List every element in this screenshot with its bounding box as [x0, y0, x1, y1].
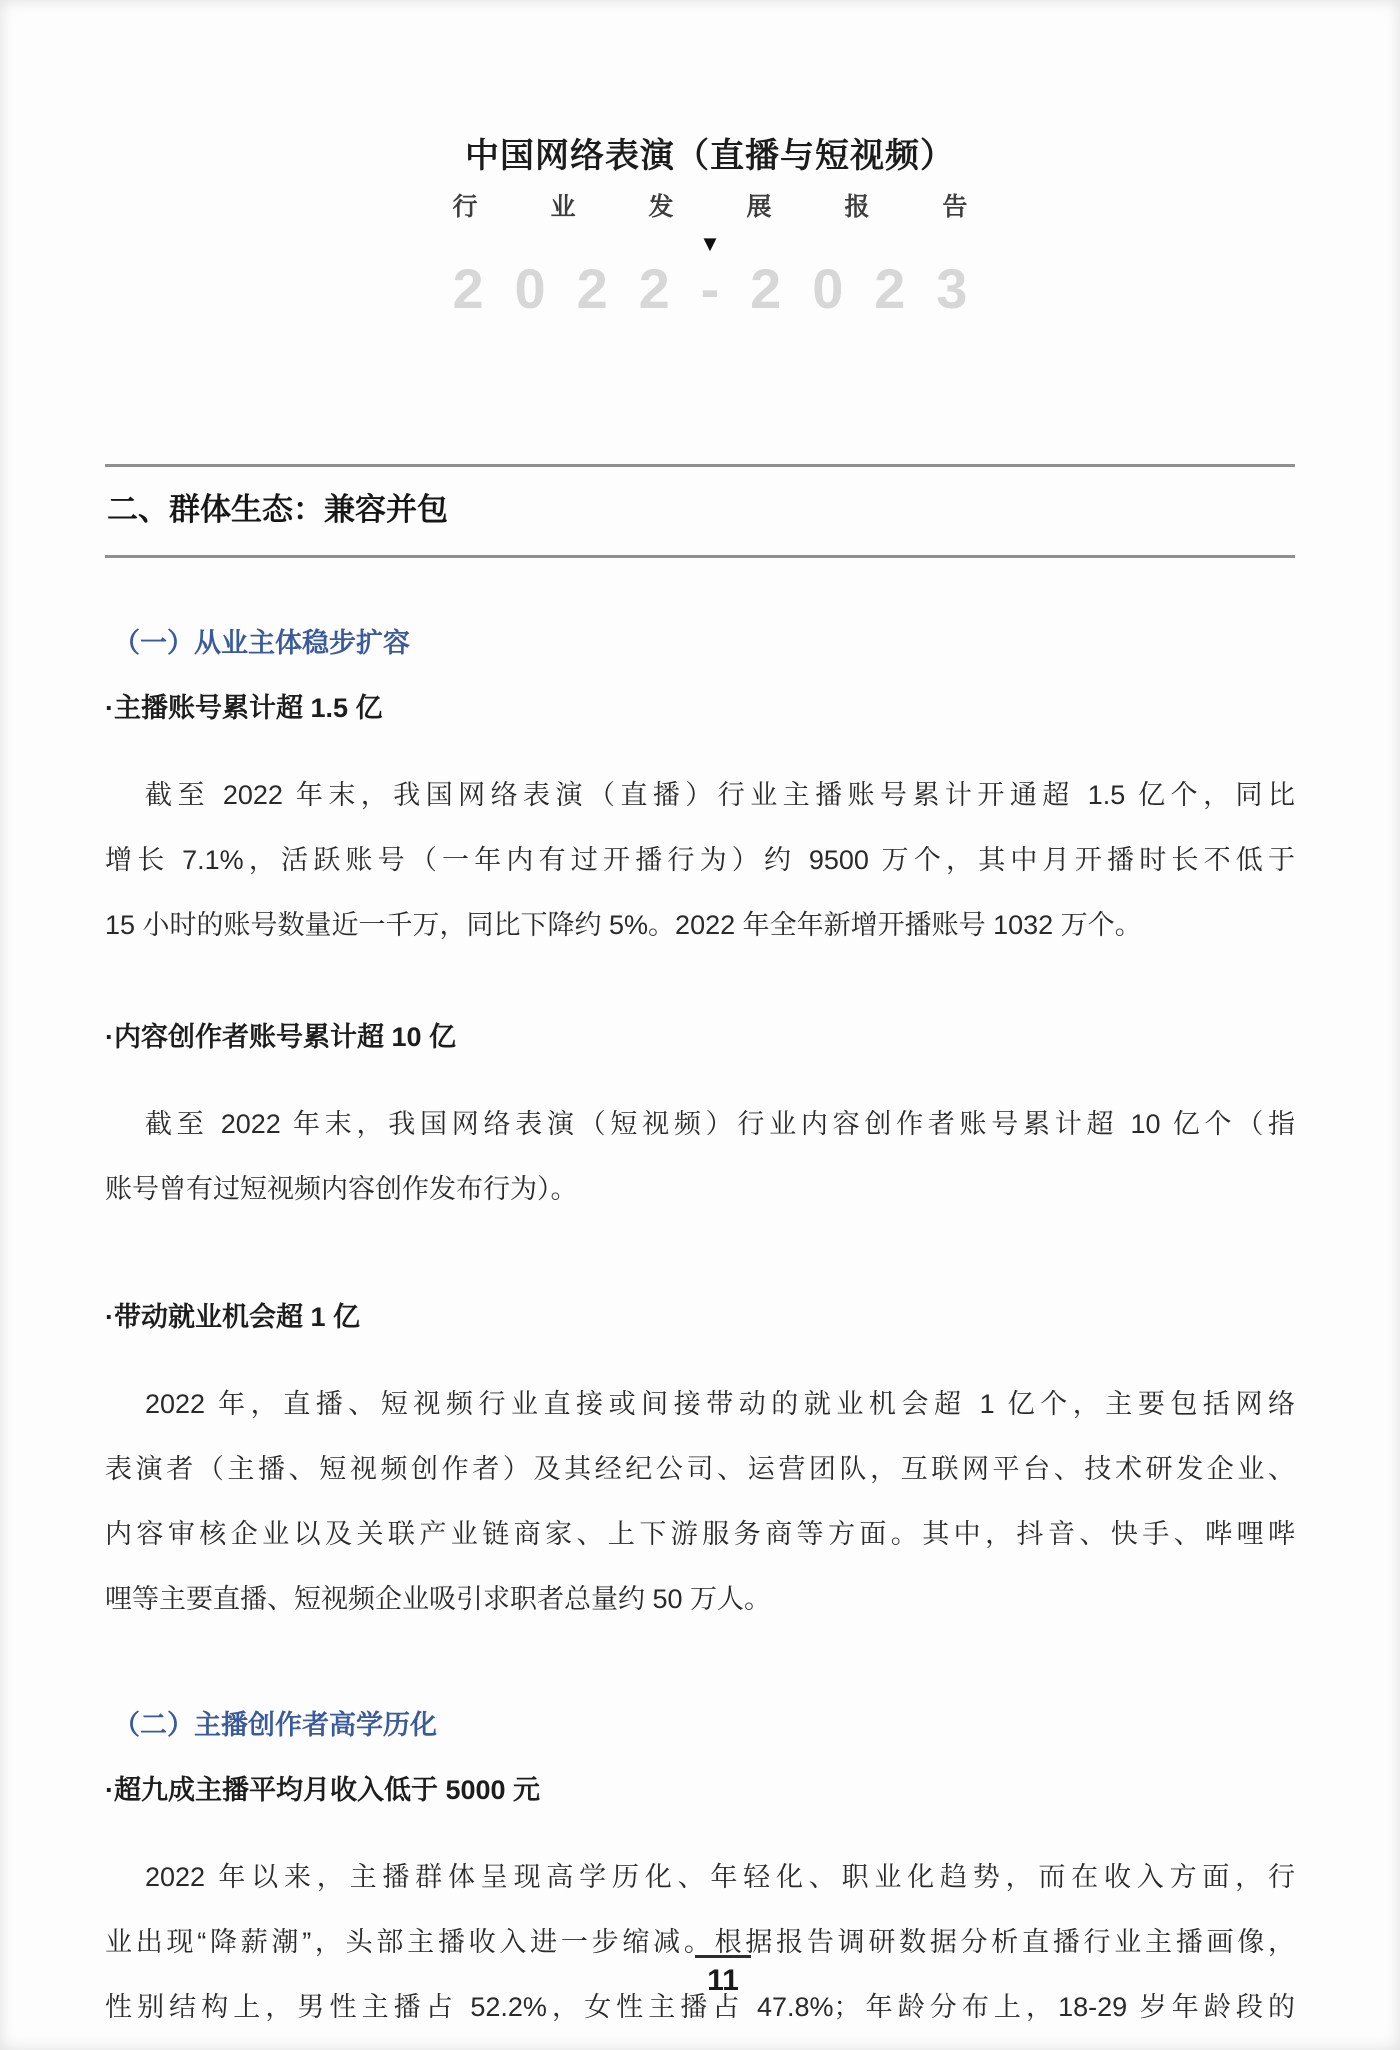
paragraph-line: 2022 年，直播、短视频行业直接或间接带动的就业机会超 1 亿个，主要包括网络 [105, 1372, 1295, 1437]
paragraph-line: 15 小时的账号数量近一千万，同比下降约 5%。2022 年全年新增开播账号 1… [105, 893, 1295, 958]
section-title: 二、群体生态：兼容并包 [107, 489, 1295, 531]
report-subtitle: 行业发展报告 [453, 190, 968, 224]
paragraph-line: 哩等主要直播、短视频企业吸引求职者总量约 50 万人。 [105, 1567, 1295, 1632]
paragraph-line: 账号曾有过短视频内容创作发布行为）。 [105, 1157, 1295, 1222]
document-page: 中国网络表演（直播与短视频） 行业发展报告 ▼ 2022-2023 二、群体生态… [0, 0, 1400, 2050]
down-triangle-icon: ▼ [453, 232, 968, 256]
paragraph-anchor-accounts: 截至 2022 年末，我国网络表演（直播）行业主播账号累计开通超 1.5 亿个，… [105, 763, 1295, 958]
subsection-heading-1: （一）从业主体稳步扩容 [113, 624, 1295, 662]
paragraph-line: 增长 7.1%，活跃账号（一年内有过开播行为）约 9500 万个，其中月开播时长… [105, 828, 1295, 893]
paragraph-line: 截至 2022 年末，我国网络表演（短视频）行业内容创作者账号累计超 10 亿个… [105, 1092, 1295, 1157]
paragraph-line: 2022 年以来，主播群体呈现高学历化、年轻化、职业化趋势，而在收入方面，行 [105, 1845, 1295, 1910]
bullet-heading-employment: ·带动就业机会超 1 亿 [105, 1298, 1295, 1336]
report-title: 中国网络表演（直播与短视频） [453, 136, 968, 176]
page-footer: 11 [695, 1955, 751, 1998]
paragraph-creator-accounts: 截至 2022 年末，我国网络表演（短视频）行业内容创作者账号累计超 10 亿个… [105, 1092, 1295, 1222]
report-years: 2022-2023 [453, 260, 968, 318]
report-header: 中国网络表演（直播与短视频） 行业发展报告 ▼ 2022-2023 [453, 0, 968, 318]
page-number: 11 [695, 1964, 751, 1998]
paragraph-line: 截至 2022 年末，我国网络表演（直播）行业主播账号累计开通超 1.5 亿个，… [105, 763, 1295, 828]
paragraph-line: 内容审核企业以及关联产业链商家、上下游服务商等方面。其中，抖音、快手、哔哩哔 [105, 1502, 1295, 1567]
page-content: 二、群体生态：兼容并包 （一）从业主体稳步扩容 ·主播账号累计超 1.5 亿 截… [0, 464, 1400, 2040]
paragraph-income: 2022 年以来，主播群体呈现高学历化、年轻化、职业化趋势，而在收入方面，行 业… [105, 1845, 1295, 2040]
footer-rule [695, 1955, 751, 1958]
paragraph-employment: 2022 年，直播、短视频行业直接或间接带动的就业机会超 1 亿个，主要包括网络… [105, 1372, 1295, 1632]
bullet-heading-creator-accounts: ·内容创作者账号累计超 10 亿 [105, 1018, 1295, 1056]
section-rule-top [105, 464, 1295, 467]
section-rule-bottom [105, 555, 1295, 558]
paragraph-line: 表演者（主播、短视频创作者）及其经纪公司、运营团队，互联网平台、技术研发企业、 [105, 1437, 1295, 1502]
subsection-heading-2: （二）主播创作者高学历化 [113, 1706, 1295, 1744]
bullet-heading-income: ·超九成主播平均月收入低于 5000 元 [105, 1771, 1295, 1809]
bullet-heading-anchor-accounts: ·主播账号累计超 1.5 亿 [105, 689, 1295, 727]
